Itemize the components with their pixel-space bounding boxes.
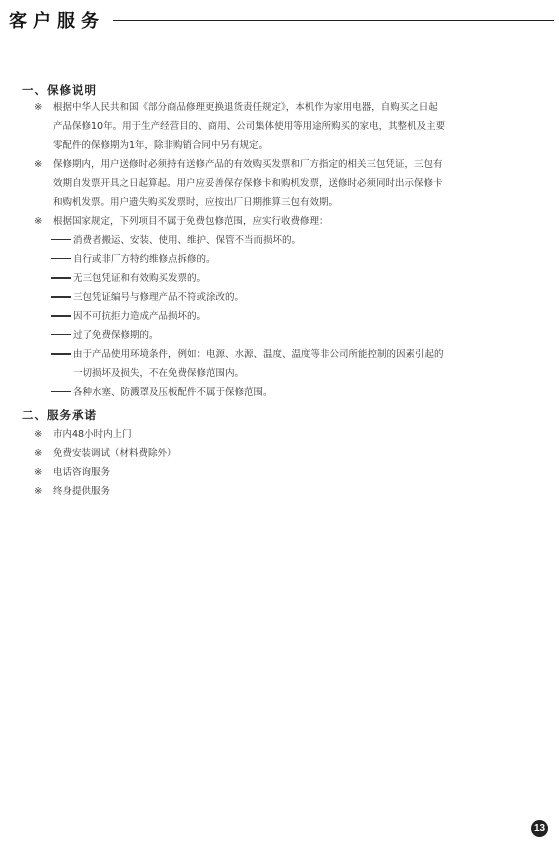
exclusion-item: 各种水塞、防溅罩及压板配件不属于保修范围。 xyxy=(51,386,273,400)
em-dash-icon xyxy=(51,315,71,317)
em-dash-icon xyxy=(51,353,71,355)
em-dash-icon xyxy=(51,277,71,279)
exclusion-item-continuation: 一切损坏及损失，不在免费保修范围内。 xyxy=(73,367,244,381)
reference-mark-icon: ※ xyxy=(34,447,42,461)
exclusion-item: 消费者搬运、安装、使用、维护、保管不当而损坏的。 xyxy=(51,234,301,248)
exclusion-item: 无三包凭证和有效购买发票的。 xyxy=(51,272,206,286)
reference-mark-icon: ※ xyxy=(34,215,42,229)
warranty-text-line: 根据中华人民共和国《部分商品修理更换退货责任规定》，本机作为家用电器，自购买之日… xyxy=(53,101,438,115)
reference-mark-icon: ※ xyxy=(34,158,42,172)
exclusion-item: 过了免费保修期的。 xyxy=(51,329,159,343)
page-number-badge: 13 xyxy=(531,820,548,837)
section-heading-service-commitment: 二、服务承诺 xyxy=(22,407,97,423)
page-title: 客户服务 xyxy=(9,7,105,37)
page-header: 客户服务 xyxy=(9,7,554,37)
reference-mark-icon: ※ xyxy=(34,101,42,115)
title-divider xyxy=(113,20,554,21)
warranty-text-line: 保修期内，用户送修时必须持有送修产品的有效购买发票和厂方指定的相关三包凭证，三包… xyxy=(53,158,443,172)
reference-mark-icon: ※ xyxy=(34,428,42,442)
service-item: 电话咨询服务 xyxy=(53,466,110,480)
warranty-text-line: 和购机发票。用户遗失购买发票时，应按出厂日期推算三包有效期。 xyxy=(53,196,338,210)
em-dash-icon xyxy=(51,391,71,392)
em-dash-icon xyxy=(51,334,71,335)
reference-mark-icon: ※ xyxy=(34,485,42,499)
exclusion-item: 自行或非厂方特约维修点拆修的。 xyxy=(51,253,216,267)
section-heading-warranty: 一、保修说明 xyxy=(22,82,97,98)
service-item: 市内48小时内上门 xyxy=(53,428,132,442)
reference-mark-icon: ※ xyxy=(34,466,42,480)
exclusion-item: 三包凭证编号与修理产品不符或涂改的。 xyxy=(51,291,244,305)
exclusions-intro: 根据国家规定，下列项目不属于免费包修范围，应实行收费修理： xyxy=(53,215,329,229)
exclusion-item: 由于产品使用环境条件，例如：电源、水源、温度、温度等非公司所能控制的因素引起的 xyxy=(51,348,444,362)
warranty-text-line: 产品保修10年。用于生产经营目的、商用、公司集体使用等用途所购买的家电，其整机及… xyxy=(53,120,445,134)
service-item: 终身提供服务 xyxy=(53,485,110,499)
em-dash-icon xyxy=(51,258,71,259)
em-dash-icon xyxy=(51,296,71,298)
em-dash-icon xyxy=(51,239,71,240)
service-item: 免费安装调试（材料费除外） xyxy=(53,447,177,461)
warranty-text-line: 零配件的保修期为1年，除非购销合同中另有规定。 xyxy=(53,139,268,153)
warranty-text-line: 效期自发票开具之日起算起。用户应妥善保存保修卡和购机发票，送修时必须同时出示保修… xyxy=(53,177,443,191)
exclusion-item: 因不可抗拒力造成产品损坏的。 xyxy=(51,310,206,324)
